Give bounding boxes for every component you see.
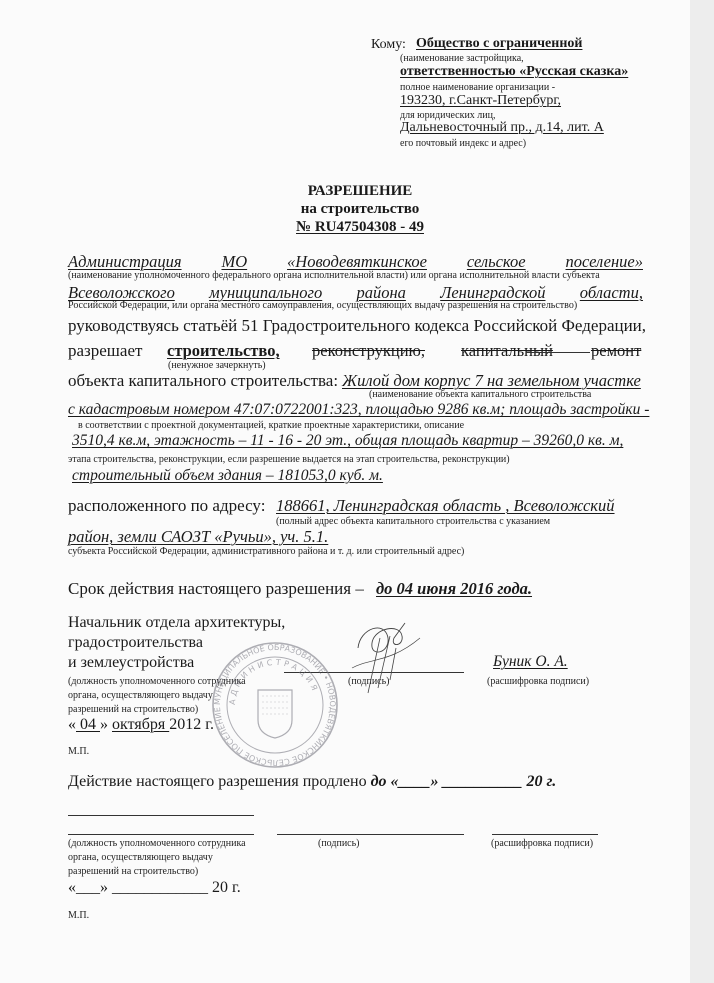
recipient-address-line1: 193230, г.Санкт-Петербург, xyxy=(400,93,561,109)
extension-position-line xyxy=(68,834,254,835)
extension-label: Действие настоящего разрешения продлено xyxy=(68,773,367,790)
signatory-position-line2: градостроительства xyxy=(68,634,203,652)
svg-text:АДМИНИСТРАЦИЯ: АДМИНИСТРАЦИЯ xyxy=(228,658,320,706)
seal-mark: М.П. xyxy=(68,746,89,757)
authority-word: области, xyxy=(580,283,643,303)
object-value-line3: 3510,4 кв.м, этажность – 11 - 16 - 20 эт… xyxy=(72,432,623,450)
date-quote-open: « xyxy=(68,716,76,733)
title-line1: РАЗРЕШЕНИЕ xyxy=(240,182,480,200)
extension-line xyxy=(68,815,254,816)
object-label: объекта капитального строительства: xyxy=(68,371,338,391)
signatory-hint-position: органа, осуществляющего выдачу xyxy=(68,690,213,701)
authority-word: Администрация xyxy=(68,252,182,272)
location-label: расположенного по адресу: xyxy=(68,496,265,516)
authority-word: МО xyxy=(221,252,247,272)
issue-month: октября xyxy=(112,716,169,733)
authority-word: сельское xyxy=(467,252,526,272)
extension-value: до «____» __________ 20 г. xyxy=(371,773,557,790)
object-value-line1: Жилой дом корпус 7 на земельном участке xyxy=(342,371,641,391)
signatory-name: Буник О. А. xyxy=(493,653,568,671)
permit-option-capital: капитальный xyxy=(461,341,553,361)
extension-hint-position: органа, осуществляющего выдачу xyxy=(68,852,213,863)
validity-value: до 04 июня 2016 года. xyxy=(376,579,532,599)
authority-word: «Новодевяткинское xyxy=(287,252,427,272)
extension-signature-line xyxy=(277,834,464,835)
object-value-line4: строительный объем здания – 181053,0 куб… xyxy=(72,467,383,485)
permit-option-repair: ремонт xyxy=(591,341,641,361)
recipient-hint: его почтовый индекс и адрес) xyxy=(400,138,526,149)
extension-hint-name: (расшифровка подписи) xyxy=(491,838,593,849)
recipient-name-line2: ответственностью «Русская сказка» xyxy=(400,64,628,80)
recipient-hint: полное наименование организации - xyxy=(400,82,555,93)
recipient-hint: (наименование застройщика, xyxy=(400,53,524,64)
permit-option-construction: строительство, xyxy=(167,341,280,361)
official-stamp-icon: МУНИЦИПАЛЬНОЕ ОБРАЗОВАНИЕ • НОВОДЕВЯТКИН… xyxy=(210,640,340,770)
validity-label: Срок действия настоящего разрешения – xyxy=(68,579,364,599)
recipient-address-line2: Дальневосточный пр., д.14, лит. А xyxy=(400,120,604,136)
issue-date: « 04 » октября 2012 г. xyxy=(68,716,214,734)
signature-icon xyxy=(350,618,425,698)
object-hint3: этапа строительства, реконструкции, если… xyxy=(68,454,510,465)
issue-day: 04 xyxy=(76,716,100,733)
permits-label: разрешает xyxy=(68,341,142,361)
scan-edge xyxy=(690,0,714,983)
issue-year: 2012 г. xyxy=(169,716,214,733)
title-line2: на строительство xyxy=(240,200,480,218)
authority-word: поселение» xyxy=(566,252,643,272)
signatory-hint-name: (расшифровка подписи) xyxy=(487,676,589,687)
document-title: РАЗРЕШЕНИЕ на строительство № RU47504308… xyxy=(240,182,480,236)
object-hint1: (наименование объекта капитального строи… xyxy=(369,389,591,400)
location-value-line2: район, земли САОЗТ «Ручьи», уч. 5.1. xyxy=(68,527,328,547)
permit-number: № RU47504308 - 49 xyxy=(240,218,480,236)
permits-hint: (ненужное зачеркнуть) xyxy=(168,360,266,371)
signatory-hint-position: разрешений на строительство) xyxy=(68,704,198,715)
extension-name-line xyxy=(492,834,598,835)
signatory-position-line1: Начальник отдела архитектуры, xyxy=(68,614,285,632)
location-hint1: (полный адрес объекта капитального строи… xyxy=(276,516,550,527)
object-hint2: в соответствии с проектной документацией… xyxy=(78,420,464,431)
strike-connector xyxy=(526,352,590,353)
extension-hint-position: (должность уполномоченного сотрудника xyxy=(68,838,246,849)
recipient-name-line1: Общество с ограниченной xyxy=(416,36,582,52)
extension-date: «___» ____________ 20 г. xyxy=(68,879,241,897)
extension-row: Действие настоящего разрешения продлено … xyxy=(68,773,556,791)
authority-hint2: Российской Федерации, или органа местног… xyxy=(68,300,577,311)
extension-seal-mark: М.П. xyxy=(68,910,89,921)
object-value-line2: с кадастровым номером 47:07:0722001:323,… xyxy=(68,401,649,419)
extension-hint-signature: (подпись) xyxy=(318,838,360,849)
extension-hint-position: разрешений на строительство) xyxy=(68,866,198,877)
signatory-position-line3: и землеустройства xyxy=(68,654,194,672)
authority-line1: АдминистрацияМО«Новодевяткинскоесельское… xyxy=(68,252,643,272)
permit-option-reconstruction: реконструкцию, xyxy=(312,341,425,361)
date-quote-close: » xyxy=(100,716,108,733)
legal-basis: руководствуясь статьёй 51 Градостроитель… xyxy=(68,316,646,336)
recipient-label: Кому: xyxy=(371,37,406,53)
authority-hint1: (наименование уполномоченного федерально… xyxy=(68,270,600,281)
location-hint2: субъекта Российской Федерации, администр… xyxy=(68,546,464,557)
location-value-line1: 188661, Ленинградская область , Всеволож… xyxy=(276,496,615,516)
